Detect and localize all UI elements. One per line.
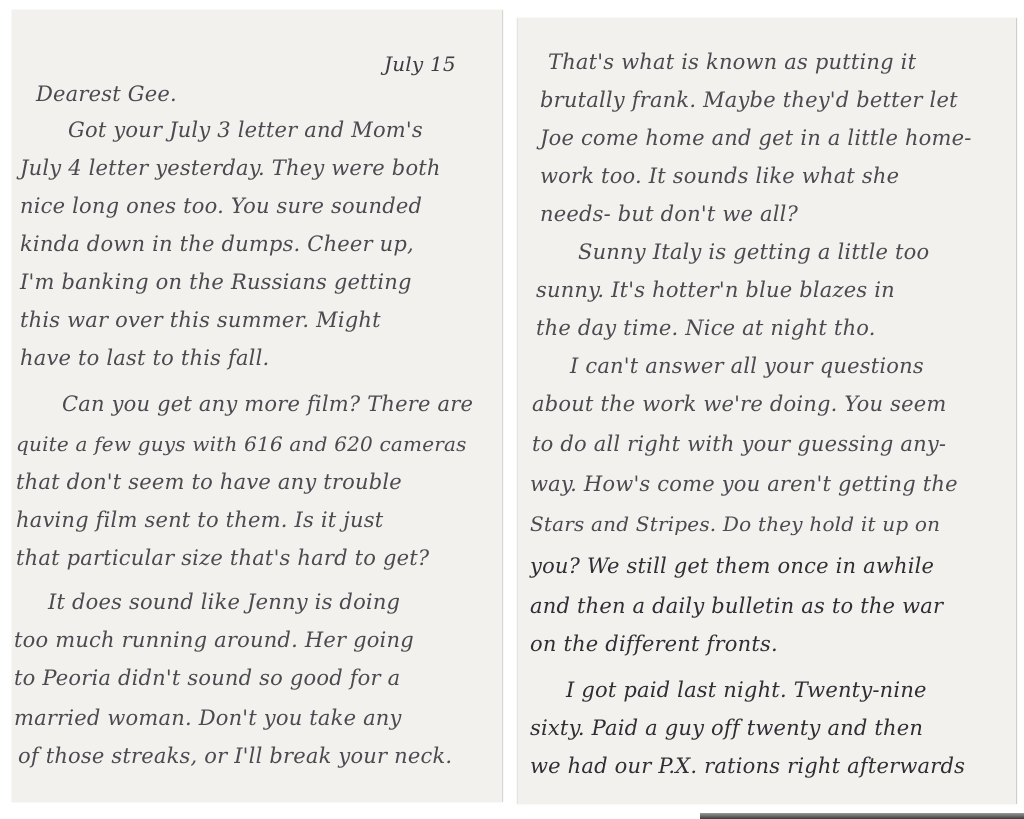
letter-line: have to last to this fall. — [20, 346, 269, 370]
scanner-edge-shadow — [700, 813, 1024, 819]
letter-line: on the different fronts. — [530, 632, 778, 656]
letter-line: about the work we're doing. You seem — [532, 392, 946, 416]
letter-line: the day time. Nice at night tho. — [536, 316, 876, 340]
letter-line: married woman. Don't you take any — [14, 706, 402, 730]
letter-line: That's what is known as putting it — [548, 50, 916, 74]
letter-line: to Peoria didn't sound so good for a — [14, 666, 400, 690]
letter-line: you? We still get them once in awhile — [530, 554, 934, 578]
letter-line: to do all right with your guessing any- — [532, 432, 946, 456]
letter-line: quite a few guys with 616 and 620 camera… — [16, 432, 467, 456]
letter-line: July 4 letter yesterday. They were both — [20, 156, 441, 180]
letter-line: I'm banking on the Russians getting — [20, 270, 412, 294]
letter-line: we had our P.X. rations right afterwards — [530, 754, 965, 778]
letter-line: of those streaks, or I'll break your nec… — [18, 744, 452, 768]
letter-line: needs- but don't we all? — [540, 202, 798, 226]
letter-line: work too. It sounds like what she — [540, 164, 899, 188]
letter-line: that particular size that's hard to get? — [16, 546, 429, 570]
letter-line: Got your July 3 letter and Mom's — [68, 118, 423, 142]
letter-line: Can you get any more film? There are — [62, 392, 473, 416]
letter-line: kinda down in the dumps. Cheer up, — [20, 232, 414, 256]
letter-line: nice long ones too. You sure sounded — [20, 194, 422, 218]
letter-line: Sunny Italy is getting a little too — [578, 240, 929, 264]
letter-line: I can't answer all your questions — [570, 354, 924, 378]
letter-line: too much running around. Her going — [14, 628, 414, 652]
salutation: Dearest Gee. — [36, 82, 177, 106]
letter-line: sixty. Paid a guy off twenty and then — [530, 716, 923, 740]
letter-line: brutally frank. Maybe they'd better let — [540, 88, 958, 112]
letter-line: It does sound like Jenny is doing — [48, 590, 400, 614]
letter-line: that don't seem to have any trouble — [16, 470, 402, 494]
letter-line: way. How's come you aren't getting the — [530, 472, 958, 496]
letter-line: Joe come home and get in a little home- — [540, 126, 972, 150]
letter-line: this war over this summer. Might — [20, 308, 381, 332]
letter-line: Stars and Stripes. Do they hold it up on — [530, 512, 940, 536]
letter-date: July 15 — [384, 52, 456, 76]
letter-line: sunny. It's hotter'n blue blazes in — [536, 278, 895, 302]
letter-line: I got paid last night. Twenty-nine — [566, 678, 927, 702]
letter-line: and then a daily bulletin as to the war — [530, 594, 943, 618]
letter-line: having film sent to them. Is it just — [16, 508, 383, 532]
